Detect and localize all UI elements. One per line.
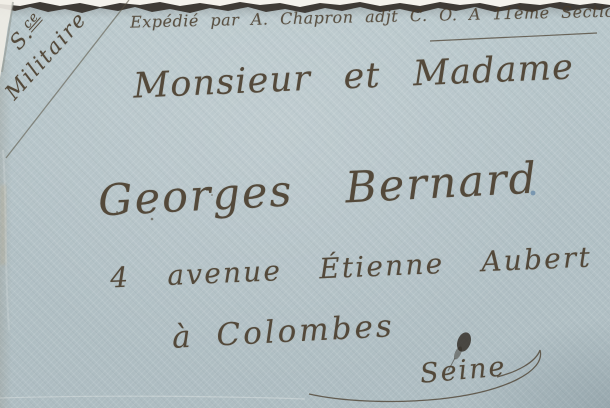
envelope-scan: Expédié par A. Chapron adjt C. O. A 11èm… xyxy=(0,0,610,408)
left-edge-shading xyxy=(0,60,12,408)
recipient-last-name: Bernard xyxy=(344,154,539,214)
recipient-first-name: Georges xyxy=(97,166,295,226)
